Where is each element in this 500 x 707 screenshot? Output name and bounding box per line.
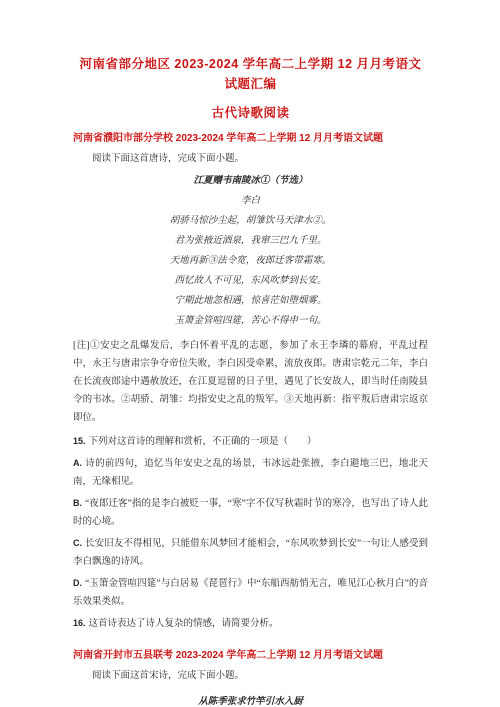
poem2-title: 从陈季张求竹竿引水入厨 <box>73 692 428 707</box>
option-c-text: 长安旧友不得相见，只能借东风梦回才能相会，“东风吹梦到长安”一句让人感受到李白飘… <box>73 539 428 568</box>
option-d-label: D. <box>73 578 82 588</box>
question-16-number: 16. <box>73 618 86 628</box>
question-15-option-d: D.“玉箫金管喧四筵”与白居易《琵琶行》中“东船西舫悄无言，唯见江心秋月白”的音… <box>73 574 428 612</box>
question-15: 15.下列对这首诗的理解和赏析，不正确的一项是（ ） <box>73 432 428 452</box>
document-title-line2: 古代诗歌阅读 <box>73 103 428 123</box>
poem-line: 玉箫金管喧四筵，苦心不得申一句。 <box>73 311 428 331</box>
section1-intro: 阅读下面这首唐诗，完成下面小题。 <box>73 150 428 168</box>
section2-heading: 河南省开封市五县联考 2023-2024 学年高二上学期 12 月月考语文试题 <box>73 649 428 663</box>
poem-block: 江夏赠韦南陵冰①（节选） 李白 胡骄马惊沙尘起，胡雏饮马天津水②。 君为张掖近酒… <box>73 171 428 331</box>
poem-line: 胡骄马惊沙尘起，胡雏饮马天津水②。 <box>73 211 428 231</box>
section2-intro: 阅读下面这首宋诗，完成下面小题。 <box>73 667 428 685</box>
option-b-label: B. <box>73 498 82 508</box>
option-b-text: “夜郎迁客”指的是李白被贬一事，“寒”字不仅写秋霜时节的寒冷，也写出了诗人此时的… <box>73 499 428 528</box>
question-16: 16.这首诗表达了诗人复杂的情感，请简要分析。 <box>73 614 428 634</box>
question-16-stem: 这首诗表达了诗人复杂的情感，请简要分析。 <box>89 619 279 629</box>
question-15-stem: 下列对这首诗的理解和赏析，不正确的一项是（ ） <box>89 437 317 447</box>
poem-note: [注]①安史之乱爆发后，李白怀着平乱的志愿，参加了永王李璘的幕府，平乱过程中，永… <box>73 337 428 427</box>
section1-heading: 河南省濮阳市部分学校 2023-2024 学年高二上学期 12 月月考语文试题 <box>73 132 428 146</box>
question-15-number: 15. <box>73 436 86 446</box>
question-15-option-a: A.诗的前四句，追忆当年安史之乱的场景，韦冰远赴张掖，李白避地三巴，地北天南，无… <box>73 454 428 492</box>
poem-title: 江夏赠韦南陵冰①（节选） <box>73 171 428 191</box>
option-a-text: 诗的前四句，追忆当年安史之乱的场景，韦冰远赴张掖，李白避地三巴，地北天南，无缘相… <box>73 459 428 488</box>
option-c-label: C. <box>73 538 82 548</box>
poem2-block: 从陈季张求竹竿引水入厨 <box>73 692 428 707</box>
poem-line: 宁期此地忽相遇，惊喜茫如堕烟雾。 <box>73 291 428 311</box>
poem-line: 君为张掖近酒泉，我窜三巴九千里。 <box>73 231 428 251</box>
document-page: 河南省部分地区 2023-2024 学年高二上学期 12 月月考语文试题汇编 古… <box>0 0 500 707</box>
poem-author: 李白 <box>73 191 428 211</box>
poem-line: 西忆故人不可见，东风吹梦到长安。 <box>73 271 428 291</box>
question-15-option-c: C.长安旧友不得相见，只能借东风梦回才能相会，“东风吹梦到长安”一句让人感受到李… <box>73 534 428 572</box>
document-title-line1: 河南省部分地区 2023-2024 学年高二上学期 12 月月考语文试题汇编 <box>73 54 428 94</box>
question-15-option-b: B.“夜郎迁客”指的是李白被贬一事，“寒”字不仅写秋霜时节的寒冷，也写出了诗人此… <box>73 494 428 532</box>
option-a-label: A. <box>73 458 82 468</box>
poem-line: 天地再新③法令宽，夜郎迁客带霜寒。 <box>73 251 428 271</box>
option-d-text: “玉箫金管喧四筵”与白居易《琵琶行》中“东船西舫悄无言，唯见江心秋月白”的音乐效… <box>73 579 428 608</box>
